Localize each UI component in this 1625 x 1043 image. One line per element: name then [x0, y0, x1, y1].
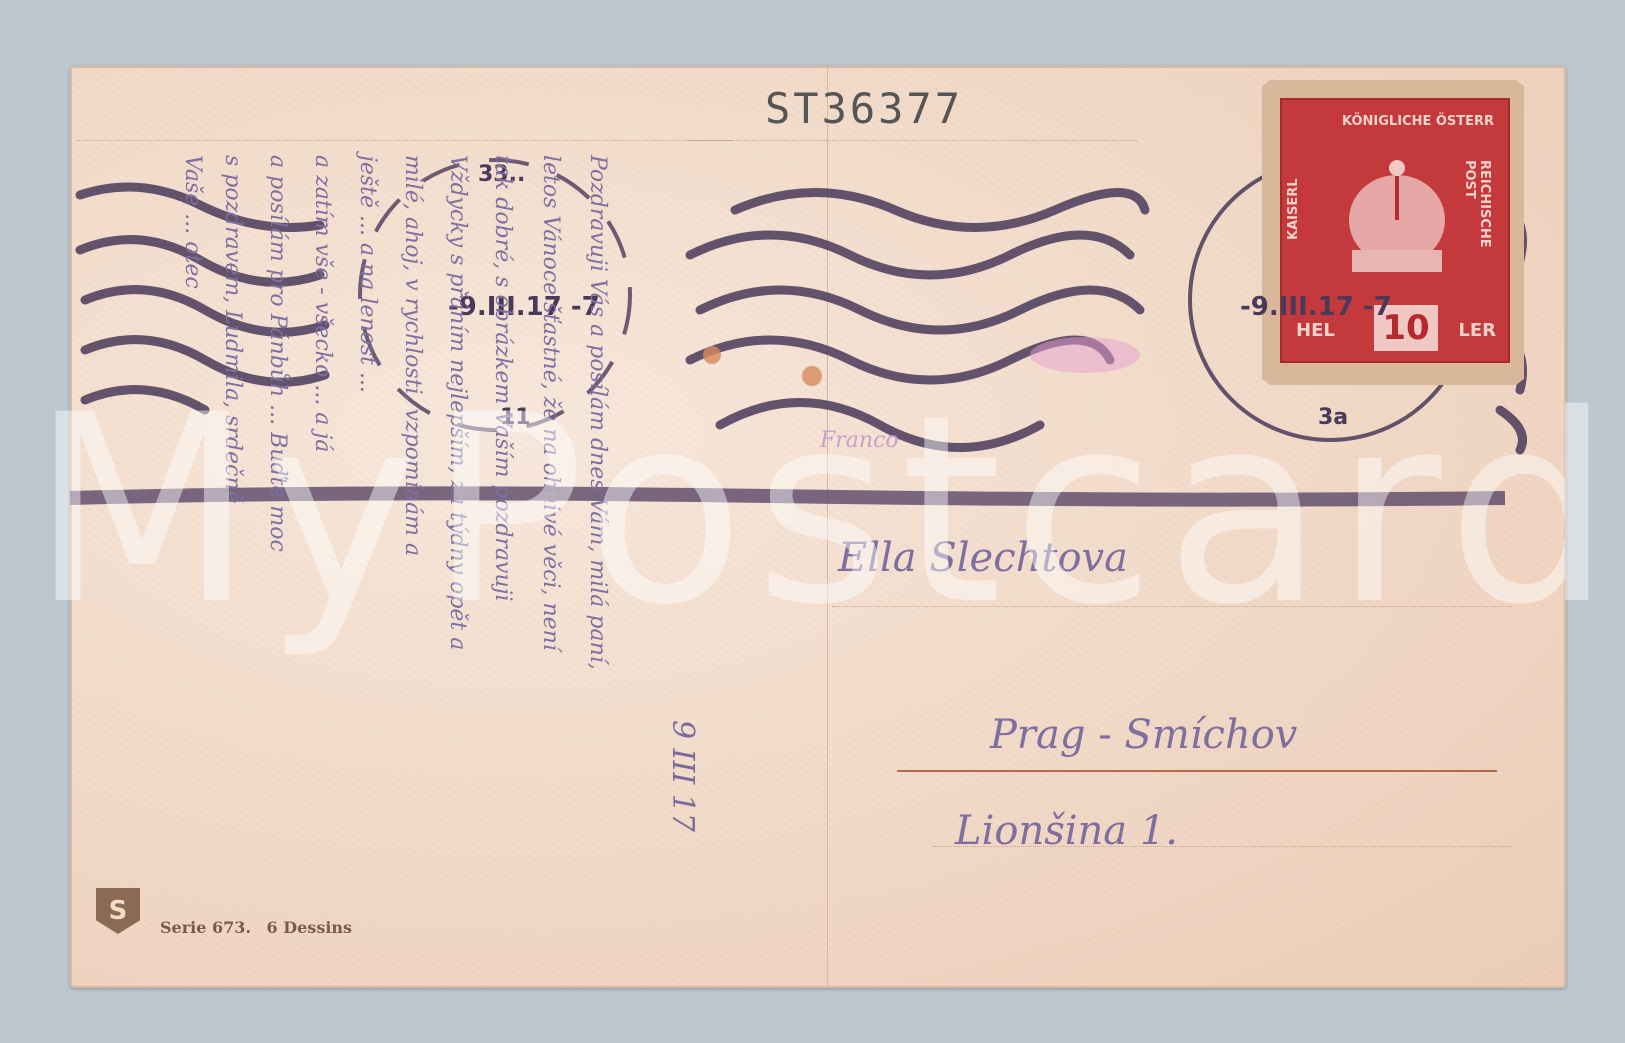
postmark-date: -9.III.17 -7: [448, 292, 600, 322]
message-line: ještě ... a na lenost ...: [355, 155, 380, 393]
side-date: 9 III 17: [665, 720, 700, 832]
stamp-denomination-left: HEL: [1296, 320, 1335, 341]
message-line: Vaše ... otec: [180, 155, 205, 289]
crown-icon: [1342, 150, 1452, 280]
datestamp-date: -9.III.17 -7: [1240, 292, 1392, 322]
stamp-denomination-right: LER: [1458, 320, 1496, 341]
stamp-right-text: REICHISCHE POST: [1462, 160, 1492, 248]
watermark: MyPostcardsPro: [30, 360, 1625, 662]
series-number: Serie 673.: [160, 918, 251, 937]
recipient-street: Lionšina 1.: [955, 808, 1178, 854]
recipient-city: Prag - Smíchov: [990, 712, 1297, 758]
stamp-country-text: KÖNIGLICHE ÖSTERR: [1342, 114, 1494, 129]
series-caption: Serie 673. 6 Dessins: [160, 918, 362, 937]
postage-stamp: KÖNIGLICHE ÖSTERR KAISERL REICHISCHE POS…: [1262, 80, 1524, 385]
stamp-left-text: KAISERL: [1286, 178, 1301, 240]
inventory-number: ST36377: [765, 84, 963, 133]
designs-count: 6 Dessins: [267, 918, 353, 937]
